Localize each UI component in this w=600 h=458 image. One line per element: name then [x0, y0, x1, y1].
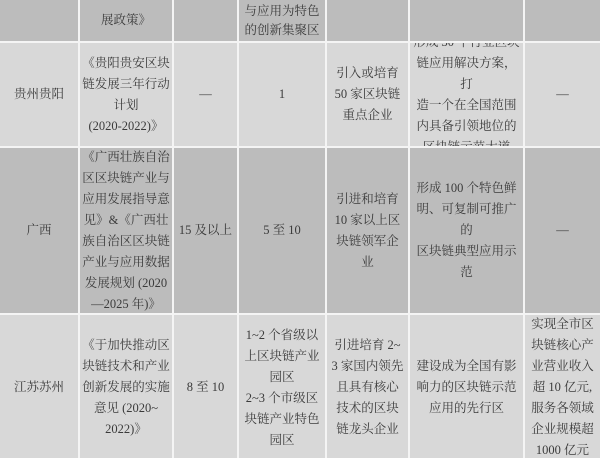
- table-cell-guizhou-guiyang-col3: —: [174, 43, 237, 146]
- table-cell-guangxi-col7: —: [525, 148, 600, 313]
- policy-table: 展政策》与应用为特色 的创新集聚区贵州贵阳《贵阳贵安区块 链发展三年行动 计划 …: [0, 0, 600, 458]
- table-cell-previous-row-partial-col2: 展政策》: [80, 0, 172, 41]
- table-cell-guangxi-col2: 《广西壮族自治 区区块链产业与 应用发展指导意 见》&《广西壮 族自治区区块链 …: [80, 148, 172, 313]
- table-cell-guizhou-guiyang-col6: 形成 30 个行业区块 链应用解决方案，打 造一个在全国范围 内具备引领地位的 …: [410, 43, 523, 146]
- table-cell-previous-row-partial-col6: [410, 0, 523, 41]
- table-cell-guizhou-guiyang-col4: 1: [239, 43, 325, 146]
- table-cell-jiangsu-suzhou-col3: 8 至 10: [174, 315, 237, 458]
- table-cell-guangxi-col4: 5 至 10: [239, 148, 325, 313]
- table-cell-jiangsu-suzhou-col7: 实现全市区 块链核心产 业营业收入 超 10 亿元, 服务各领域 企业规模超 1…: [525, 315, 600, 458]
- table-cell-previous-row-partial-col4: 与应用为特色 的创新集聚区: [239, 0, 325, 41]
- table-cell-jiangsu-suzhou-col2: 《于加快推动区 块链技术和产业 创新发展的实施 意见 (2020~ 2022)》: [80, 315, 172, 458]
- table-cell-jiangsu-suzhou-col6: 建设成为全国有影 响力的区块链示范 应用的先行区: [410, 315, 523, 458]
- table-cell-guangxi-col1: 广西: [0, 148, 78, 313]
- table-cell-guangxi-col5: 引进和培育 10 家以上区 块链领军企 业: [327, 148, 408, 313]
- table-cell-jiangsu-suzhou-col4: 1~2 个省级以 上区块链产业 园区 2~3 个市级区 块链产业特色 园区: [239, 315, 325, 458]
- table-cell-guangxi-col6: 形成 100 个特色鲜 明、可复制可推广的 区块链典型应用示 范: [410, 148, 523, 313]
- table-cell-guizhou-guiyang-col1: 贵州贵阳: [0, 43, 78, 146]
- table-cell-previous-row-partial-col3: [174, 0, 237, 41]
- table-cell-previous-row-partial-col1: [0, 0, 78, 41]
- table-cell-jiangsu-suzhou-col5: 引进培育 2~ 3 家国内领先 且具有核心 技术的区块 链龙头企业: [327, 315, 408, 458]
- table-cell-guizhou-guiyang-col2: 《贵阳贵安区块 链发展三年行动 计划 (2020-2022)》: [80, 43, 172, 146]
- table-cell-guizhou-guiyang-col5: 引入或培育 50 家区块链 重点企业: [327, 43, 408, 146]
- table-cell-guangxi-col3: 15 及以上: [174, 148, 237, 313]
- table-cell-guizhou-guiyang-col7: —: [525, 43, 600, 146]
- table-cell-previous-row-partial-col5: [327, 0, 408, 41]
- table-cell-jiangsu-suzhou-col1: 江苏苏州: [0, 315, 78, 458]
- table-cell-previous-row-partial-col7: [525, 0, 600, 41]
